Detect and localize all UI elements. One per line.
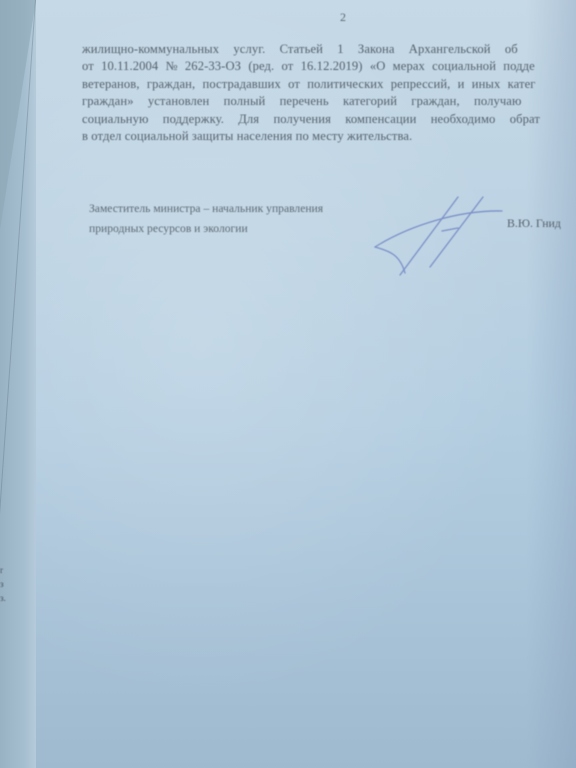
signatory-name: В.Ю. Гнид	[507, 216, 561, 231]
paragraph-line: ветеранов, граждан, пострадавших от поли…	[82, 76, 576, 93]
position-line: Заместитель министра – начальник управле…	[89, 199, 323, 219]
paragraph-line: граждан» установлен полный перечень кате…	[82, 93, 576, 110]
margin-marks: r з з.	[0, 563, 6, 605]
page-number: 2	[340, 10, 346, 25]
handwritten-signature-icon	[370, 185, 530, 285]
sheet-shadow	[0, 0, 36, 230]
paragraph-line: в отдел социальной защиты населения по м…	[82, 128, 576, 145]
paragraph-line: от 10.11.2004 № 262-33-ОЗ (ред. от 16.12…	[82, 58, 576, 75]
margin-mark: r	[0, 563, 6, 577]
paragraph-line: жилищно-коммунальных услуг. Статьей 1 За…	[82, 41, 576, 58]
margin-mark: з	[0, 577, 6, 591]
margin-mark: з.	[0, 591, 6, 605]
position-line: природных ресурсов и экологии	[89, 219, 323, 239]
signatory-position: Заместитель министра – начальник управле…	[89, 199, 323, 239]
body-paragraph: жилищно-коммунальных услуг. Статьей 1 За…	[82, 41, 576, 145]
paragraph-line: социальную поддержку. Для получения комп…	[82, 111, 576, 128]
